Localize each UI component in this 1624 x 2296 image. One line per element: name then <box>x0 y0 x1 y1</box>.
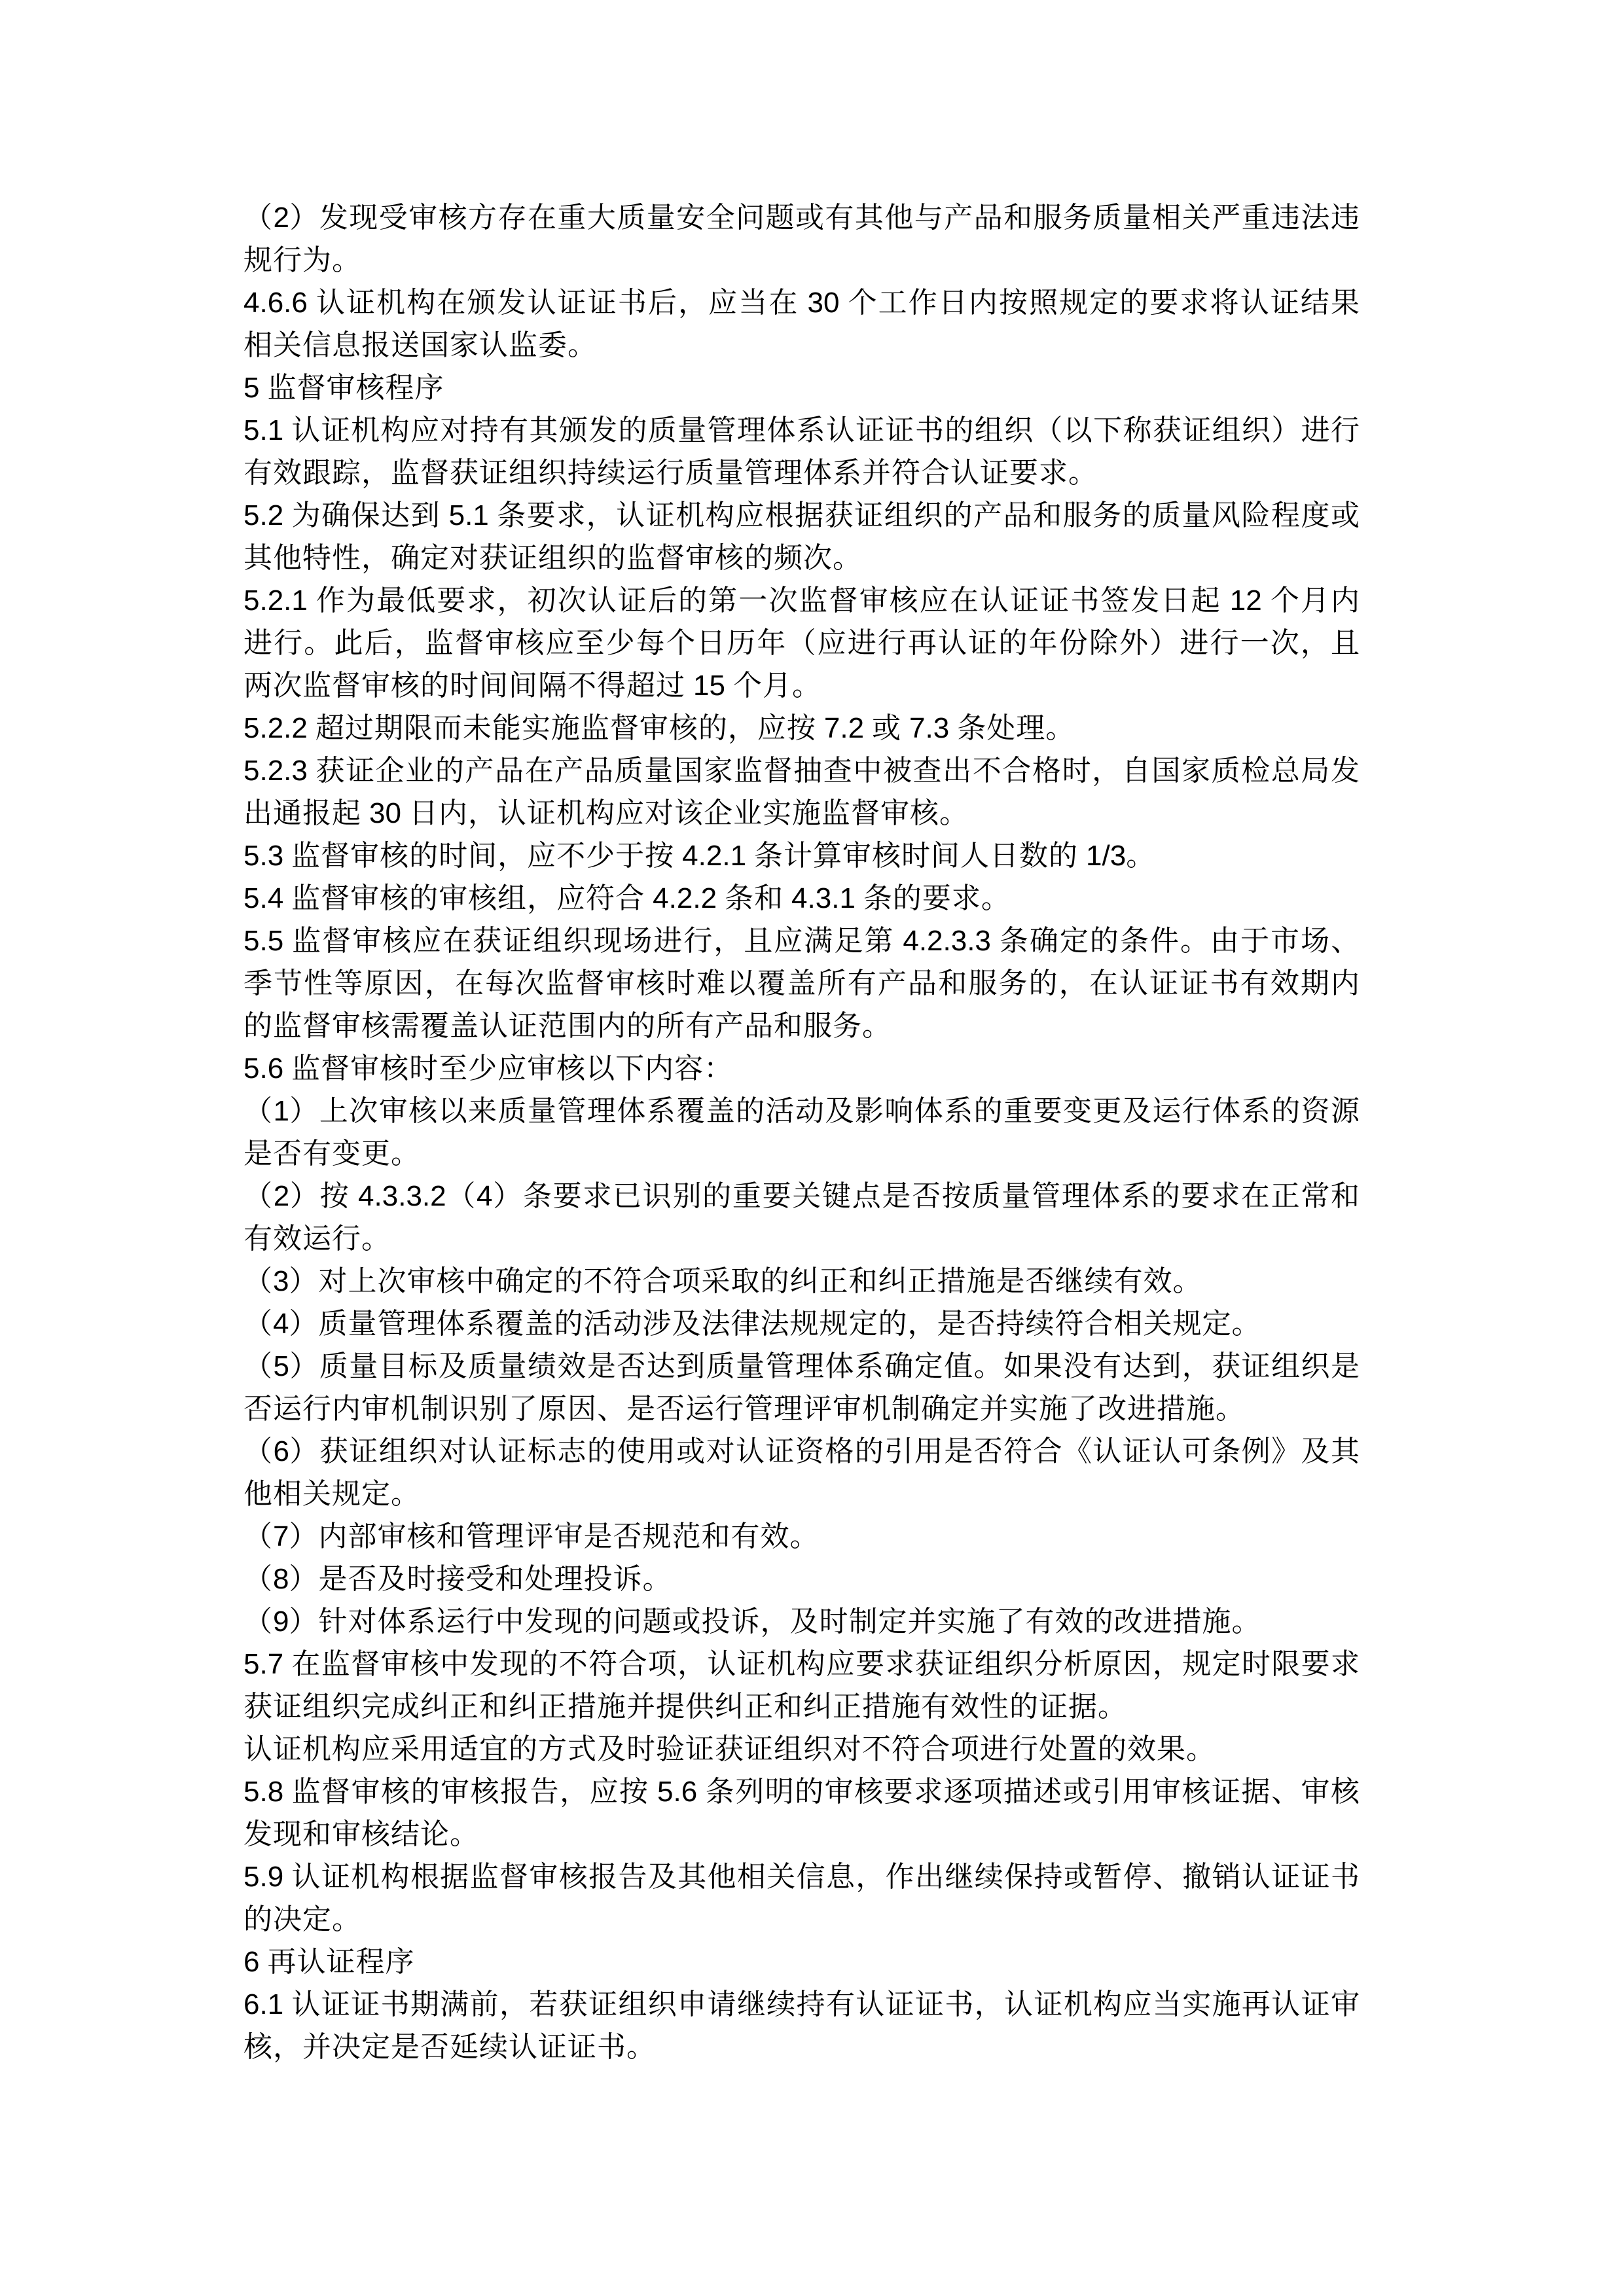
paragraph: 5.2 为确保达到 5.1 条要求，认证机构应根据获证组织的产品和服务的质量风险… <box>244 494 1360 579</box>
paragraph: 认证机构应采用适宜的方式及时验证获证组织对不符合项进行处置的效果。 <box>244 1728 1360 1770</box>
paragraph: 5.3 监督审核的时间，应不少于按 4.2.1 条计算审核时间人日数的 1/3。 <box>244 834 1360 877</box>
paragraph: （5）质量目标及质量绩效是否达到质量管理体系确定值。如果没有达到，获证组织是否运… <box>244 1345 1360 1430</box>
paragraph: 5.2.1 作为最低要求，初次认证后的第一次监督审核应在认证证书签发日起 12 … <box>244 579 1360 707</box>
paragraph: 5 监督审核程序 <box>244 367 1360 409</box>
paragraph: （4）质量管理体系覆盖的活动涉及法律法规规定的，是否持续符合相关规定。 <box>244 1302 1360 1345</box>
paragraph: （2）发现受审核方存在重大质量安全问题或有其他与产品和服务质量相关严重违法违规行… <box>244 196 1360 281</box>
document-text-block: （2）发现受审核方存在重大质量安全问题或有其他与产品和服务质量相关严重违法违规行… <box>244 196 1360 2068</box>
paragraph: 6.1 认证证书期满前，若获证组织申请继续持有认证证书，认证机构应当实施再认证审… <box>244 1983 1360 2068</box>
paragraph: （2）按 4.3.3.2（4）条要求已识别的重要关键点是否按质量管理体系的要求在… <box>244 1175 1360 1260</box>
paragraph: 5.5 监督审核应在获证组织现场进行，且应满足第 4.2.3.3 条确定的条件。… <box>244 920 1360 1047</box>
paragraph: （3）对上次审核中确定的不符合项采取的纠正和纠正措施是否继续有效。 <box>244 1260 1360 1302</box>
paragraph: 6 再认证程序 <box>244 1941 1360 1983</box>
paragraph: （1）上次审核以来质量管理体系覆盖的活动及影响体系的重要变更及运行体系的资源是否… <box>244 1090 1360 1175</box>
document-page: （2）发现受审核方存在重大质量安全问题或有其他与产品和服务质量相关严重违法违规行… <box>0 0 1624 2296</box>
paragraph: 5.2.2 超过期限而未能实施监督审核的，应按 7.2 或 7.3 条处理。 <box>244 707 1360 749</box>
paragraph: 5.8 监督审核的审核报告，应按 5.6 条列明的审核要求逐项描述或引用审核证据… <box>244 1770 1360 1856</box>
paragraph: （8）是否及时接受和处理投诉。 <box>244 1558 1360 1600</box>
paragraph: 5.2.3 获证企业的产品在产品质量国家监督抽查中被查出不合格时，自国家质检总局… <box>244 749 1360 834</box>
paragraph: （9）针对体系运行中发现的问题或投诉，及时制定并实施了有效的改进措施。 <box>244 1600 1360 1643</box>
paragraph: 5.9 认证机构根据监督审核报告及其他相关信息，作出继续保持或暂停、撤销认证证书… <box>244 1856 1360 1941</box>
paragraph: 5.6 监督审核时至少应审核以下内容： <box>244 1047 1360 1090</box>
paragraph: 5.1 认证机构应对持有其颁发的质量管理体系认证证书的组织（以下称获证组织）进行… <box>244 409 1360 494</box>
paragraph: 5.7 在监督审核中发现的不符合项，认证机构应要求获证组织分析原因，规定时限要求… <box>244 1643 1360 1728</box>
paragraph: 4.6.6 认证机构在颁发认证证书后，应当在 30 个工作日内按照规定的要求将认… <box>244 281 1360 367</box>
paragraph: （7）内部审核和管理评审是否规范和有效。 <box>244 1515 1360 1558</box>
paragraph: （6）获证组织对认证标志的使用或对认证资格的引用是否符合《认证认可条例》及其他相… <box>244 1430 1360 1515</box>
paragraph: 5.4 监督审核的审核组，应符合 4.2.2 条和 4.3.1 条的要求。 <box>244 877 1360 920</box>
